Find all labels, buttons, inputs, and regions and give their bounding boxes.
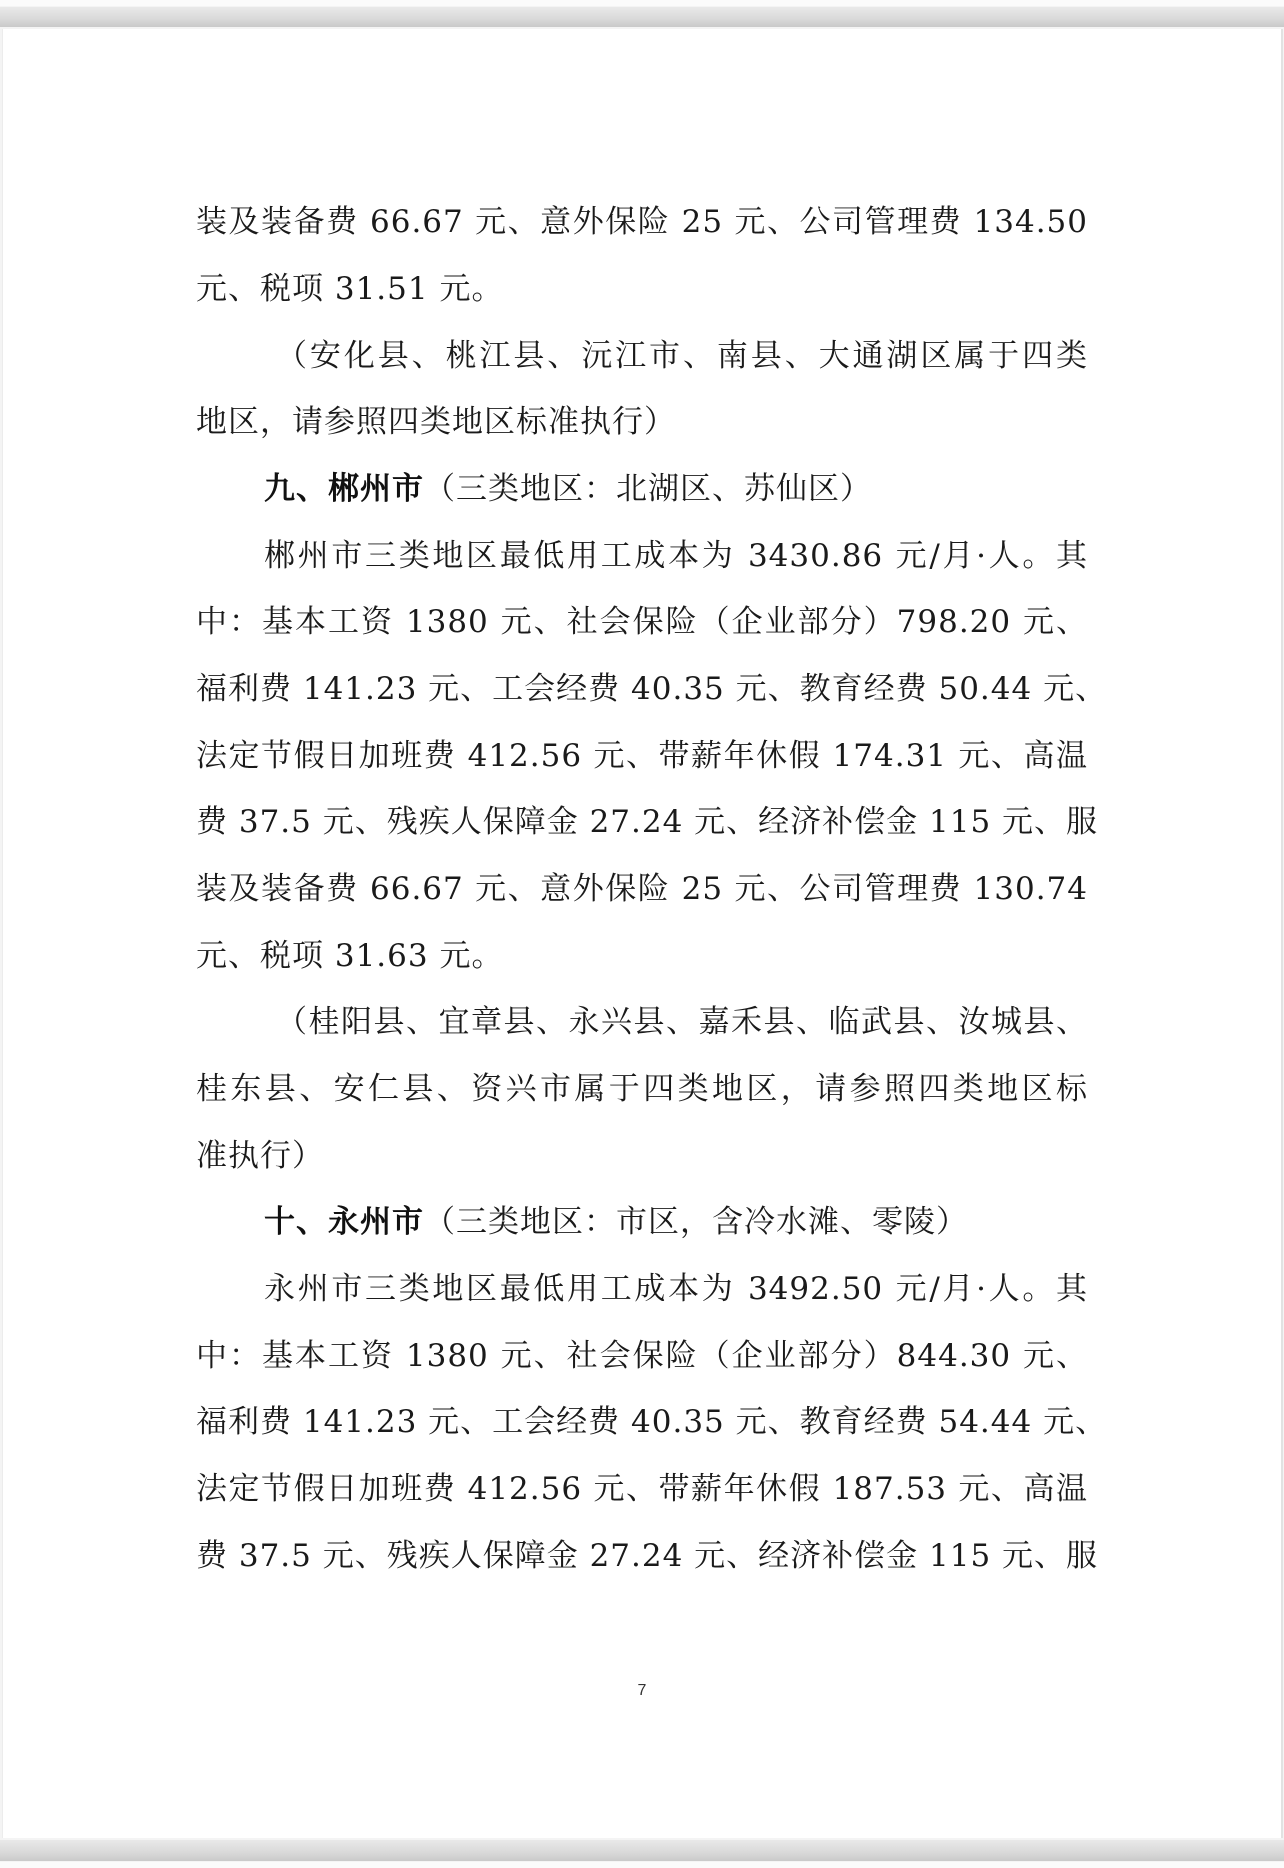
page-number: 7 [632, 1682, 652, 1700]
section-heading-title: 十、永州市 [264, 1204, 424, 1240]
paragraph-line: 费 37.5 元、残疾人保障金 27.24 元、经济补偿金 115 元、服 [196, 802, 1088, 842]
paragraph-line: 福利费 141.23 元、工会经费 40.35 元、教育经费 54.44 元、 [196, 1402, 1088, 1442]
section-heading-subtitle: （三类地区：市区，含冷水滩、零陵） [424, 1204, 968, 1240]
section-heading-yongzhou: 十、永州市（三类地区：市区，含冷水滩、零陵） [264, 1202, 1088, 1242]
paragraph-line: 法定节假日加班费 412.56 元、带薪年休假 174.31 元、高温 [196, 736, 1088, 776]
paragraph-line: 永州市三类地区最低用工成本为 3492.50 元/月·人。其 [264, 1269, 1088, 1309]
paragraph-line: 装及装备费 66.67 元、意外保险 25 元、公司管理费 134.50 [196, 202, 1088, 242]
paragraph-line: 桂东县、安仁县、资兴市属于四类地区，请参照四类地区标 [196, 1069, 1088, 1109]
paragraph-line: 准执行） [196, 1136, 1088, 1176]
paragraph-line: 郴州市三类地区最低用工成本为 3430.86 元/月·人。其 [264, 536, 1088, 576]
paragraph-line: 地区，请参照四类地区标准执行） [196, 402, 1088, 442]
paragraph-line: 中：基本工资 1380 元、社会保险（企业部分）798.20 元、 [196, 602, 1088, 642]
paragraph-line: 费 37.5 元、残疾人保障金 27.24 元、经济补偿金 115 元、服 [196, 1536, 1088, 1576]
section-heading-title: 九、郴州市 [264, 471, 424, 507]
scan-top-edge [0, 0, 1284, 6]
paragraph-line: 中：基本工资 1380 元、社会保险（企业部分）844.30 元、 [196, 1336, 1088, 1376]
scan-bottom-edge [0, 1862, 1284, 1868]
paragraph-line: 元、税项 31.63 元。 [196, 936, 1088, 976]
paragraph-line: 福利费 141.23 元、工会经费 40.35 元、教育经费 50.44 元、 [196, 669, 1088, 709]
paragraph-line: 元、税项 31.51 元。 [196, 269, 1088, 309]
paragraph-line: 装及装备费 66.67 元、意外保险 25 元、公司管理费 130.74 [196, 869, 1088, 909]
paragraph-line: （安化县、桃江县、沅江市、南县、大通湖区属于四类 [276, 336, 1088, 376]
paragraph-line: （桂阳县、宜章县、永兴县、嘉禾县、临武县、汝城县、 [276, 1002, 1088, 1042]
page-separator-bottom [0, 1840, 1284, 1861]
section-heading-chenzhou: 九、郴州市（三类地区：北湖区、苏仙区） [264, 469, 1088, 509]
page-separator-top [0, 7, 1284, 27]
section-heading-subtitle: （三类地区：北湖区、苏仙区） [424, 471, 872, 507]
paragraph-line: 法定节假日加班费 412.56 元、带薪年休假 187.53 元、高温 [196, 1469, 1088, 1509]
